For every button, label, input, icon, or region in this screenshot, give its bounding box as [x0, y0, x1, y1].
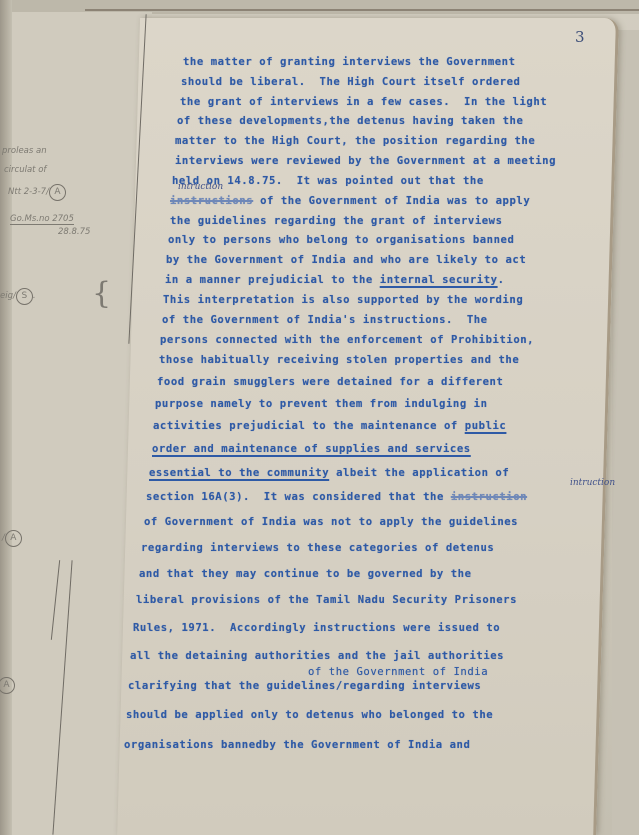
margin-note-1: proleas an: [2, 146, 47, 156]
text-line: of these developments,the detenus having…: [177, 115, 523, 127]
text-line: the grant of interviews in a few cases. …: [180, 96, 547, 108]
text-line: the guidelines regarding the grant of in…: [170, 215, 503, 227]
text-line: Rules, 1971. Accordingly instructions we…: [133, 622, 500, 634]
text-line: and that they may continue to be governe…: [139, 568, 472, 580]
text-line: instructions of the Government of India …: [170, 195, 530, 207]
text-line: persons connected with the enforcement o…: [160, 334, 534, 346]
text-line: in a manner prejudicial to the internal …: [165, 274, 505, 286]
margin-note-4-date: 28.8.75: [58, 227, 90, 237]
typed-insertion: of the Government of India: [308, 666, 488, 678]
text-line: activities prejudicial to the maintenanc…: [153, 420, 506, 432]
folder-left-edge: [0, 0, 12, 835]
margin-note-7: A: [0, 677, 15, 694]
text-line: section 16A(3). It was considered that t…: [146, 491, 527, 503]
margin-note-5: eig/S.: [0, 288, 36, 305]
page-number: 3: [575, 28, 585, 46]
text-line: those habitually receiving stolen proper…: [159, 354, 519, 366]
text-line: should be applied only to detenus who be…: [126, 709, 493, 721]
text-line: only to persons who belong to organisati…: [168, 234, 514, 246]
text-line: of Government of India was not to apply …: [144, 516, 518, 528]
text-line: by the Government of India and who are l…: [166, 254, 526, 266]
text-line: clarifying that the guidelines/regarding…: [128, 680, 481, 692]
margin-note-2: circulat of: [4, 165, 46, 175]
underlined-phrase: essential to the community: [149, 467, 329, 479]
text-line: matter to the High Court, the position r…: [175, 135, 535, 147]
handwritten-insertion: intruction: [178, 182, 223, 192]
circled-letter: S: [16, 288, 33, 305]
text-line: regarding interviews to these categories…: [141, 542, 494, 554]
handwritten-insertion: intruction: [570, 478, 615, 488]
margin-note-6: /A: [2, 530, 22, 547]
text-line: food grain smugglers were detained for a…: [157, 376, 503, 388]
margin-note-3: Ntt 2-3-7/A: [8, 184, 66, 201]
margin-bracket: {: [92, 276, 111, 311]
text-line: essential to the community albeit the ap…: [149, 467, 509, 479]
underlined-phrase: internal security: [380, 274, 498, 286]
circled-letter: A: [49, 184, 66, 201]
underlined-phrase: public: [465, 420, 507, 432]
text-line: This interpretation is also supported by…: [163, 294, 523, 306]
folder-top-rule: [85, 9, 639, 11]
circled-letter: A: [0, 677, 15, 694]
text-line-underlined: order and maintenance of supplies and se…: [152, 443, 471, 455]
circled-letter: A: [5, 530, 22, 547]
text-line: the matter of granting interviews the Go…: [183, 56, 516, 68]
page-right-edge: [612, 30, 639, 835]
text-line: organisations bannedby the Government of…: [124, 739, 470, 751]
text-line: interviews were reviewed by the Governme…: [175, 155, 556, 167]
text-line: of the Government of India's instruction…: [162, 314, 488, 326]
text-line: all the detaining authorities and the ja…: [130, 650, 504, 662]
text-line: should be liberal. The High Court itself…: [181, 76, 520, 88]
margin-note-4: Go.Ms.no 2705: [10, 214, 74, 224]
text-line: purpose namely to prevent them from indu…: [155, 398, 488, 410]
text-line: liberal provisions of the Tamil Nadu Sec…: [136, 594, 517, 606]
